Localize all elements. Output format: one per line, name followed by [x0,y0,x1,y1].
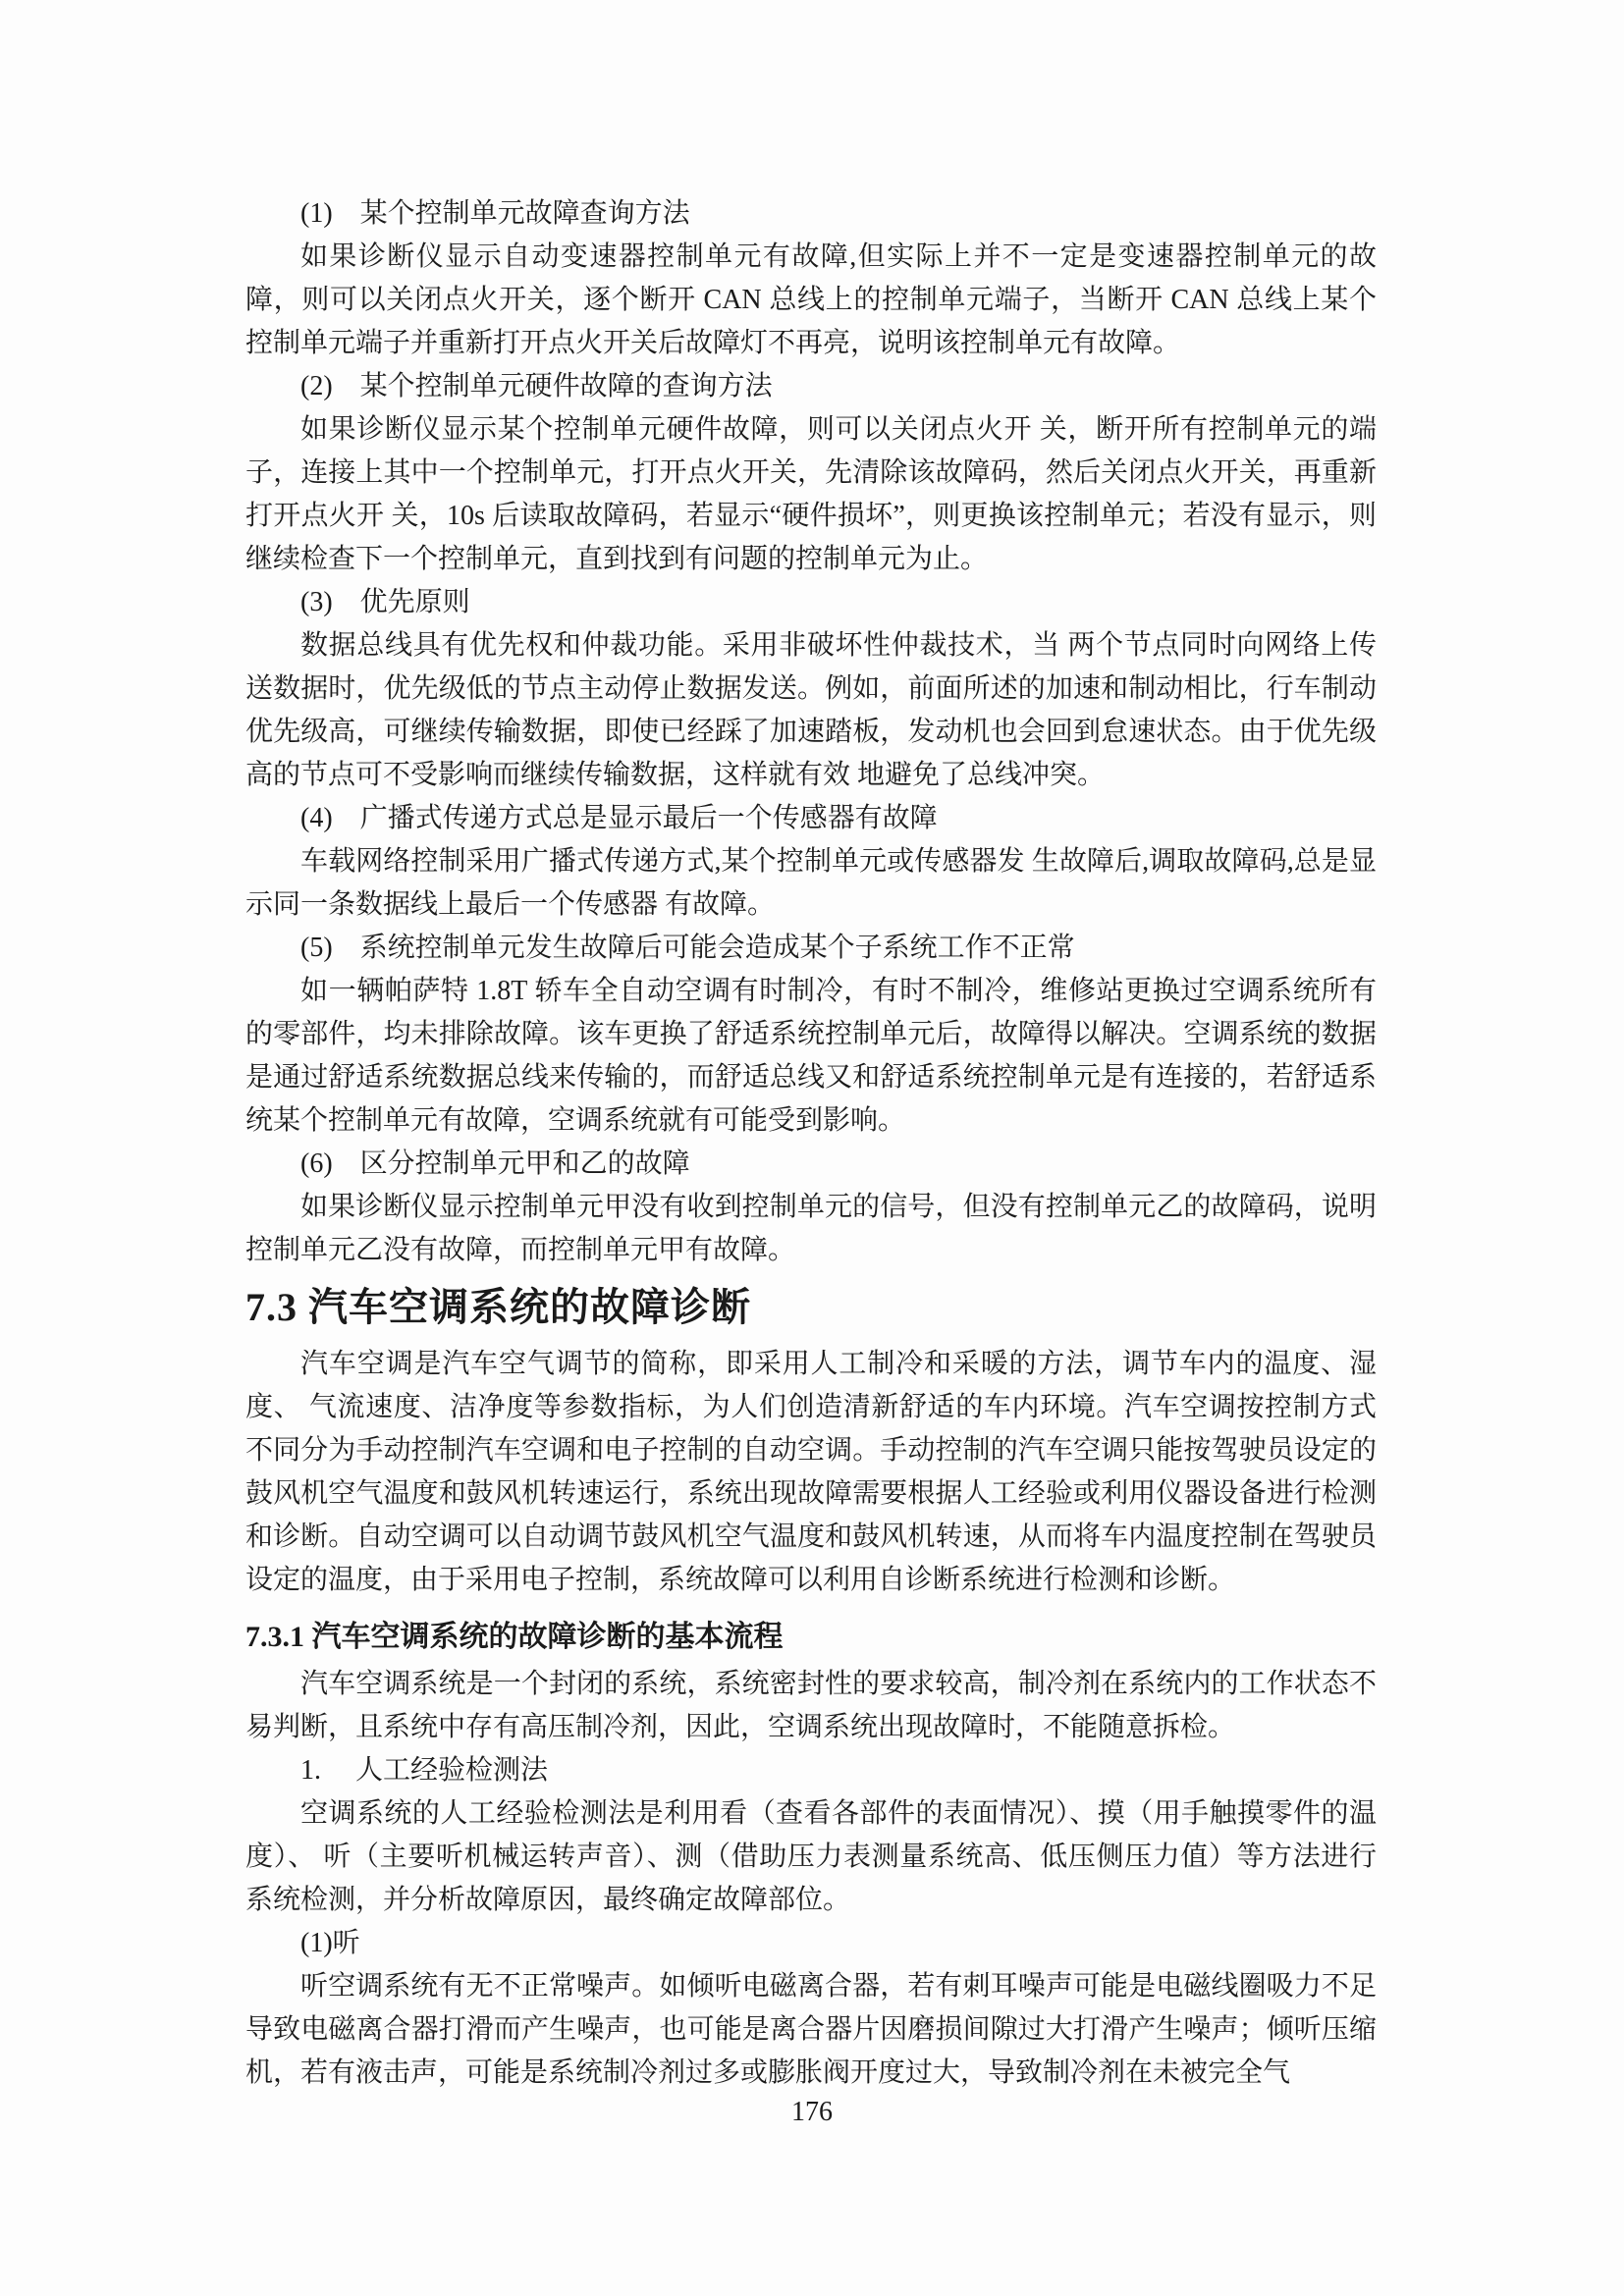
paragraph-7: 汽车空调是汽车空气调节的简称，即采用人工制冷和采暖的方法，调节车内的温度、湿度、… [245,1343,1377,1602]
paragraph-1: 如果诊断仪显示自动变速器控制单元有故障,但实际上并不一定是变速器控制单元的故障，… [245,236,1377,365]
paragraph-10: 听空调系统有无不正常噪声。如倾听电磁离合器，若有刺耳噪声可能是电磁线圈吸力不足导… [245,1965,1377,2095]
page-number: 176 [0,2091,1624,2134]
list-title-3: (3) 优先原则 [245,581,1377,624]
paragraph-3: 数据总线具有优先权和仲裁功能。采用非破坏性仲裁技术，当 两个节点同时向网络上传送… [245,624,1377,797]
numbered-item-title: 1. 人工经验检测法 [245,1749,1377,1792]
sub-item-title: (1)听 [245,1922,1377,1965]
subsection-heading-7-3-1: 7.3.1 汽车空调系统的故障诊断的基本流程 [245,1618,1377,1657]
list-title-6: (6) 区分控制单元甲和乙的故障 [245,1143,1377,1186]
paragraph-6: 如果诊断仪显示控制单元甲没有收到控制单元的信号，但没有控制单元乙的故障码，说明控… [245,1186,1377,1272]
paragraph-9: 空调系统的人工经验检测法是利用看（查看各部件的表面情况）、摸（用手触摸零件的温度… [245,1792,1377,1922]
paragraph-5: 如一辆帕萨特 1.8T 轿车全自动空调有时制冷，有时不制冷，维修站更换过空调系统… [245,970,1377,1143]
paragraph-8: 汽车空调系统是一个封闭的系统，系统密封性的要求较高，制冷剂在系统内的工作状态不 … [245,1663,1377,1749]
list-title-4: (4) 广播式传递方式总是显示最后一个传感器有故障 [245,797,1377,840]
list-title-5: (5) 系统控制单元发生故障后可能会造成某个子系统工作不正常 [245,927,1377,970]
page-content: (1) 某个控制单元故障查询方法 如果诊断仪显示自动变速器控制单元有故障,但实际… [245,192,1377,2095]
section-heading-7-3: 7.3 汽车空调系统的故障诊断 [245,1286,1377,1329]
paragraph-4: 车载网络控制采用广播式传递方式,某个控制单元或传感器发 生故障后,调取故障码,总… [245,840,1377,927]
list-title-2: (2) 某个控制单元硬件故障的查询方法 [245,365,1377,408]
list-title-1: (1) 某个控制单元故障查询方法 [245,192,1377,236]
document-page: (1) 某个控制单元故障查询方法 如果诊断仪显示自动变速器控制单元有故障,但实际… [0,0,1624,2296]
paragraph-2: 如果诊断仪显示某个控制单元硬件故障，则可以关闭点火开 关，断开所有控制单元的端子… [245,408,1377,581]
